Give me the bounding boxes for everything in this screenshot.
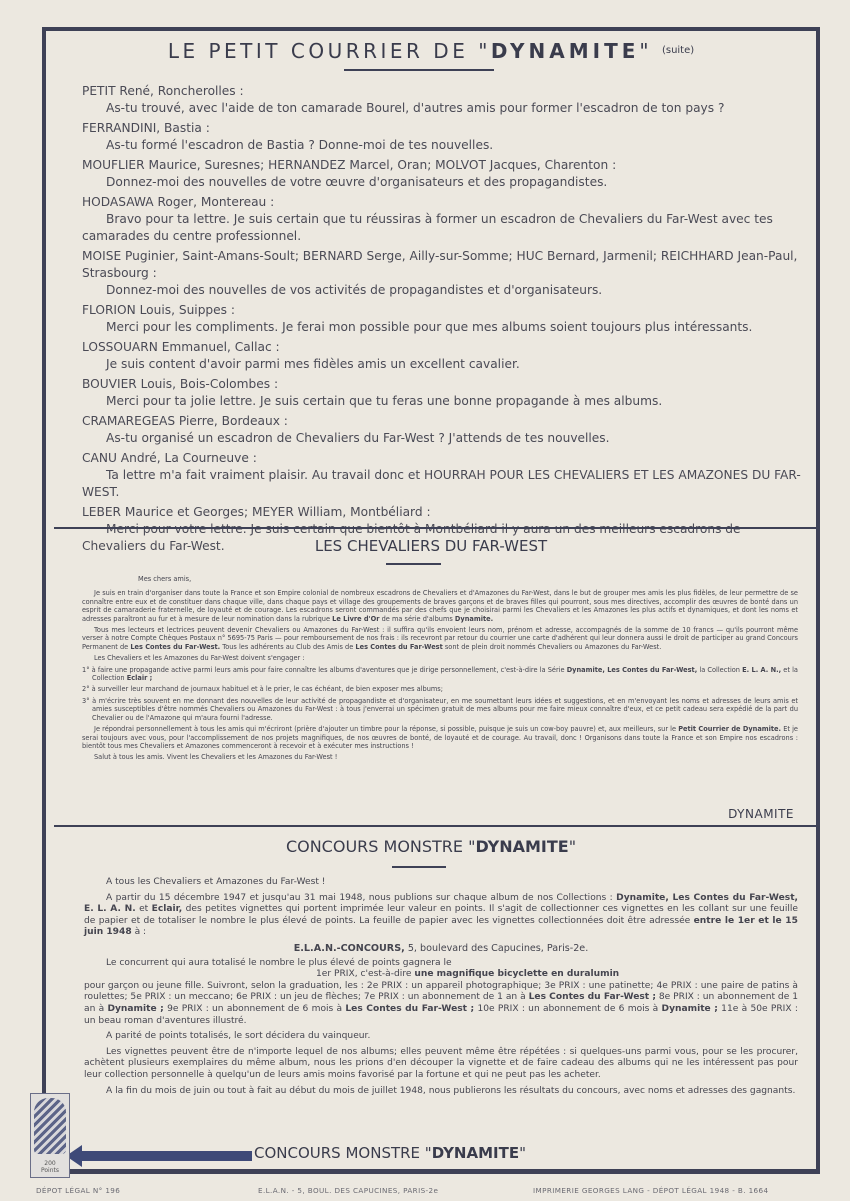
title-rule	[344, 69, 494, 71]
concours-body: A tous les Chevaliers et Amazones du Far…	[84, 877, 798, 1101]
cowboy-portrait-icon	[34, 1098, 66, 1154]
letter-recipient: CANU André, La Courneuve :	[82, 450, 802, 467]
paragraph: Le concurrent qui aura totalisé le nombr…	[84, 958, 798, 970]
contest-banner: CONCOURS MONSTRE "DYNAMITE"	[46, 1143, 816, 1169]
letter-recipient: BOUVIER Louis, Bois-Colombes :	[82, 376, 802, 393]
letter-reply: Donnez-moi des nouvelles de votre œuvre …	[82, 174, 802, 191]
letter-recipient: MOISE Puginier, Saint-Amans-Soult; BERNA…	[82, 248, 802, 282]
letter-reply: As-tu trouvé, avec l'aide de ton camarad…	[82, 100, 802, 117]
engagement-item: 1° à faire une propagande active parmi l…	[82, 666, 798, 683]
paragraph: Salut à tous les amis. Vivent les Cheval…	[82, 753, 798, 761]
letter-recipient: LEBER Maurice et Georges; MEYER William,…	[82, 504, 802, 521]
concours-title: CONCOURS MONSTRE "DYNAMITE"	[46, 837, 816, 856]
letter-entry: PETIT René, Roncherolles :As-tu trouvé, …	[82, 83, 802, 117]
letter-recipient: MOUFLIER Maurice, Suresnes; HERNANDEZ Ma…	[82, 157, 802, 174]
letter-reply: As-tu organisé un escadron de Chevaliers…	[82, 430, 802, 447]
letter-entry: FERRANDINI, Bastia :As-tu formé l'escadr…	[82, 120, 802, 154]
letter-recipient: PETIT René, Roncherolles :	[82, 83, 802, 100]
letter-recipient: FLORION Louis, Suippes :	[82, 302, 802, 319]
paragraph: Je suis en train d'organiser dans toute …	[82, 589, 798, 623]
paragraph: A la fin du mois de juin ou tout à fait …	[84, 1086, 798, 1098]
letter-recipient: HODASAWA Roger, Montereau :	[82, 194, 802, 211]
letter-entry: CRAMAREGEAS Pierre, Bordeaux :As-tu orga…	[82, 413, 802, 447]
banner-text: CONCOURS MONSTRE "DYNAMITE"	[254, 1144, 526, 1162]
engagement-item: 2° à surveiller leur marchand de journau…	[82, 685, 798, 693]
letter-entry: LOSSOUARN Emmanuel, Callac :Je suis cont…	[82, 339, 802, 373]
arrow-left-icon	[80, 1151, 252, 1161]
prizes-list: pour garçon ou jeune fille. Suivront, se…	[84, 981, 798, 1027]
paragraph: A parité de points totalisés, le sort dé…	[84, 1031, 798, 1043]
letter-reply: Ta lettre m'a fait vraiment plaisir. Au …	[82, 467, 802, 501]
title-rule	[386, 563, 441, 565]
letter-reply: Je suis content d'avoir parmi mes fidèle…	[82, 356, 802, 373]
letter-reply: Merci pour les compliments. Je ferai mon…	[82, 319, 802, 336]
points-vignette: 200Points	[30, 1093, 70, 1178]
chevaliers-section: LES CHEVALIERS DU FAR-WEST Mes chers ami…	[46, 527, 816, 825]
concours-section: CONCOURS MONSTRE "DYNAMITE" A tous les C…	[46, 825, 816, 1175]
footer-printer: IMPRIMERIE GEORGES LANG - DÉPOT LÉGAL 19…	[533, 1186, 768, 1195]
footer-publisher: E.L.A.N. - 5, BOUL. DES CAPUCINES, PARIS…	[258, 1186, 438, 1195]
letter-recipient: LOSSOUARN Emmanuel, Callac :	[82, 339, 802, 356]
signature: DYNAMITE	[728, 807, 794, 821]
letter-reply: As-tu formé l'escadron de Bastia ? Donne…	[82, 137, 802, 154]
letter-recipient: CRAMAREGEAS Pierre, Bordeaux :	[82, 413, 802, 430]
vignette-value: 200Points	[31, 1160, 69, 1174]
chevaliers-title: LES CHEVALIERS DU FAR-WEST	[46, 537, 816, 555]
engagement-item: 3° à m'écrire très souvent en me donnant…	[82, 697, 798, 722]
greeting: Mes chers amis,	[82, 575, 798, 583]
letter-entry: HODASAWA Roger, Montereau :Bravo pour ta…	[82, 194, 802, 245]
letter-entry: BOUVIER Louis, Bois-Colombes :Merci pour…	[82, 376, 802, 410]
courrier-title: LE PETIT COURRIER DE "DYNAMITE" (suite)	[46, 39, 816, 63]
letter-reply: Donnez-moi des nouvelles de vos activité…	[82, 282, 802, 299]
letter-entry: FLORION Louis, Suippes :Merci pour les c…	[82, 302, 802, 336]
first-prize: 1er PRIX, c'est-à-dire une magnifique bi…	[84, 969, 798, 981]
letter-entry: MOISE Puginier, Saint-Amans-Soult; BERNA…	[82, 248, 802, 299]
letters-list: PETIT René, Roncherolles :As-tu trouvé, …	[82, 83, 802, 558]
chevaliers-body: Mes chers amis, Je suis en train d'organ…	[82, 575, 798, 765]
footer-legal: DÉPOT LÉGAL N° 196	[36, 1186, 120, 1195]
paragraph: A tous les Chevaliers et Amazones du Far…	[84, 877, 798, 889]
paragraph: Tous mes lecteurs et lectrices peuvent d…	[82, 626, 798, 651]
letter-reply: Bravo pour ta lettre. Je suis certain qu…	[82, 211, 802, 245]
letter-recipient: FERRANDINI, Bastia :	[82, 120, 802, 137]
courrier-section: LE PETIT COURRIER DE "DYNAMITE" (suite) …	[46, 31, 816, 527]
paragraph: Je répondrai personnellement à tous les …	[82, 725, 798, 750]
letter-reply: Merci pour ta jolie lettre. Je suis cert…	[82, 393, 802, 410]
paragraph: A partir du 15 décembre 1947 et jusqu'au…	[84, 893, 798, 939]
letter-entry: MOUFLIER Maurice, Suresnes; HERNANDEZ Ma…	[82, 157, 802, 191]
paragraph: Les vignettes peuvent être de n'importe …	[84, 1047, 798, 1082]
paragraph: Les Chevaliers et les Amazones du Far-We…	[82, 654, 798, 662]
letter-entry: CANU André, La Courneuve :Ta lettre m'a …	[82, 450, 802, 501]
contest-address: E.L.A.N.-CONCOURS, 5, boulevard des Capu…	[84, 943, 798, 955]
title-rule	[392, 866, 446, 868]
page-frame: LE PETIT COURRIER DE "DYNAMITE" (suite) …	[42, 27, 820, 1174]
